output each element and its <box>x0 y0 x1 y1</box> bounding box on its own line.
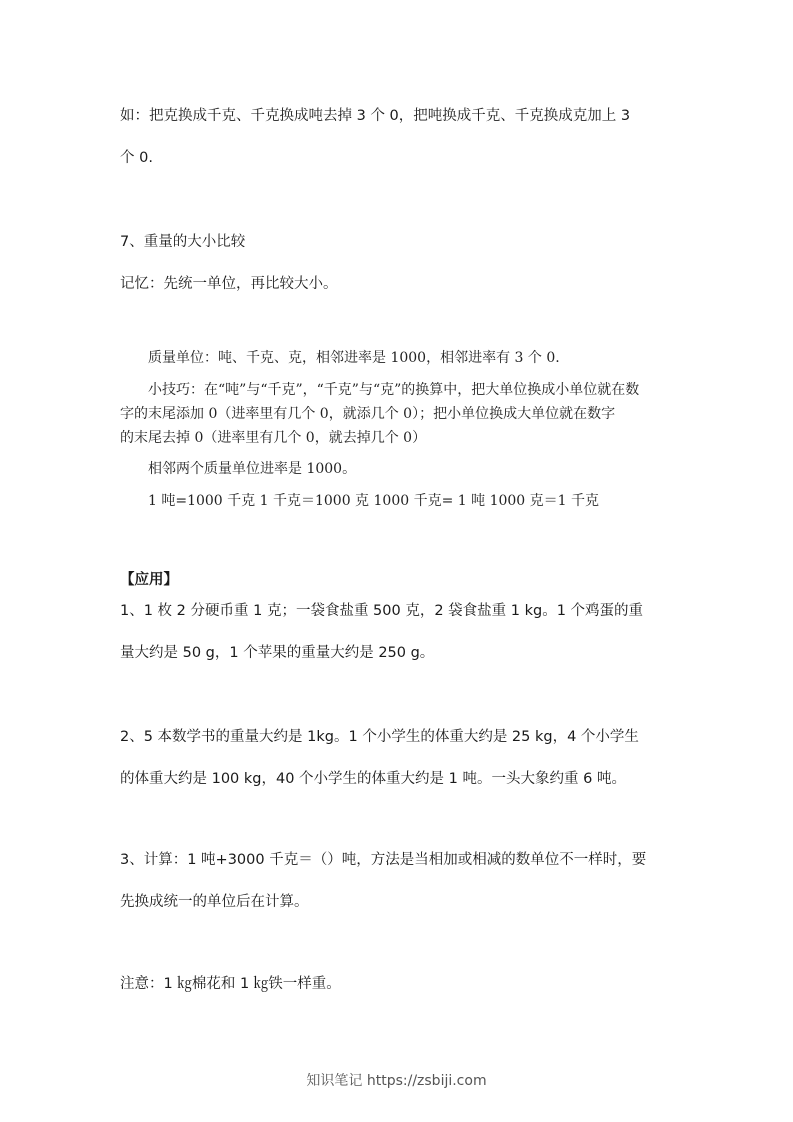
footer-watermark: 知识笔记 https://zsbiji.com <box>0 1070 793 1090</box>
application-item-3-line-2: 先换成统一的单位后在计算。 <box>120 892 309 912</box>
tip-line-1: 小技巧：在“吨”与“千克”，“千克”与“克”的换算中，把大单位换成小单位就在数 <box>148 380 639 400</box>
application-item-2-line-1: 2、5 本数学书的重量大约是 1kg。1 个小学生的体重大约是 25 kg，4 … <box>120 727 639 747</box>
adjacent-rate-text: 相邻两个质量单位进率是 1000。 <box>148 459 356 479</box>
tip-line-3: 的末尾去掉 0（进率里有几个 0，就去掉几个 0） <box>120 428 426 448</box>
tip-line-2: 字的末尾添加 0（进率里有几个 0，就添几个 0）；把小单位换成大单位就在数字 <box>120 404 615 424</box>
application-item-2-line-2: 的体重大约是 100 kg，40 个小学生的体重大约是 1 吨。一头大象约重 6… <box>120 769 626 789</box>
application-item-3-line-1: 3、计算：1 吨+3000 千克＝（）吨，方法是当相加或相减的数单位不一样时，要 <box>120 850 646 870</box>
memory-tip: 记忆：先统一单位，再比较大小。 <box>120 274 338 294</box>
note-text: 注意：1 ㎏棉花和 1 ㎏铁一样重。 <box>120 974 341 994</box>
mass-units-text: 质量单位：吨、千克、克，相邻进率是 1000，相邻进率有 3 个 0. <box>148 348 560 368</box>
application-item-1-line-1: 1、1 枚 2 分硬币重 1 克；一袋食盐重 500 克，2 袋食盐重 1 kg… <box>120 601 643 621</box>
example-line-2: 个 0. <box>120 148 153 168</box>
application-heading: 【应用】 <box>120 570 178 590</box>
application-item-1-line-2: 量大约是 50 g，1 个苹果的重量大约是 250 g。 <box>120 643 434 663</box>
section-7-title: 7、重量的大小比较 <box>120 232 245 252</box>
conversion-equations: 1 吨=1000 千克 1 千克＝1000 克 1000 千克= 1 吨 100… <box>148 491 599 511</box>
example-line-1: 如：把克换成千克、千克换成吨去掉 3 个 0，把吨换成千克、千克换成克加上 3 <box>120 106 630 126</box>
